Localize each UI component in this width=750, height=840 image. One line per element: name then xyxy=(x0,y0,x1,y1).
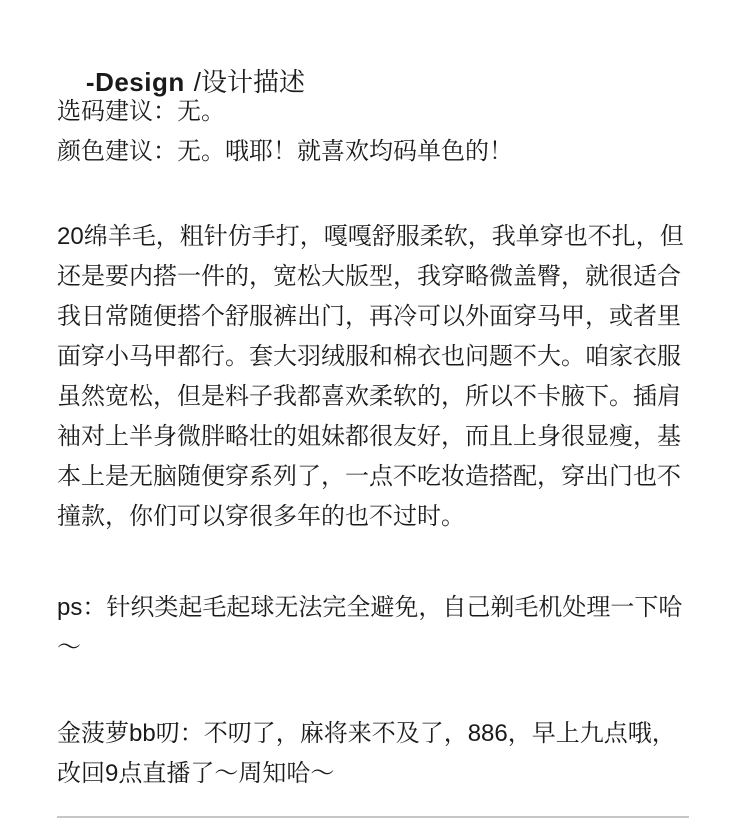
host-announcement-line: 金菠萝bb叨：不叨了，麻将来不及了，886，早上九点哦， xyxy=(57,714,710,754)
description-line: 面穿小马甲都行。套大羽绒服和棉衣也问题不大。咱家衣服 xyxy=(57,337,710,377)
ps-note-line: ps：针织类起毛起球无法完全避免，自己剃毛机处理一下哈 xyxy=(57,588,710,628)
ps-note-line: ～ xyxy=(57,628,710,668)
host-announcement-line: 改回9点直播了～周知哈～ xyxy=(57,754,710,794)
color-advice-line: 颜色建议：无。哦耶！就喜欢均码单色的！ xyxy=(57,132,710,172)
advice-block: 选码建议：无。 颜色建议：无。哦耶！就喜欢均码单色的！ xyxy=(57,92,710,172)
description-line: 20绵羊毛，粗针仿手打，嘎嘎舒服柔软，我单穿也不扎，但 xyxy=(57,217,710,257)
description-line: 虽然宽松，但是料子我都喜欢柔软的，所以不卡腋下。插肩 xyxy=(57,377,710,417)
host-announcement-paragraph: 金菠萝bb叨：不叨了，麻将来不及了，886，早上九点哦， 改回9点直播了～周知哈… xyxy=(57,714,710,794)
ps-note-paragraph: ps：针织类起毛起球无法完全避免，自己剃毛机处理一下哈 ～ xyxy=(57,588,710,668)
bottom-divider xyxy=(57,816,689,818)
size-advice-line: 选码建议：无。 xyxy=(57,92,710,132)
description-line: 袖对上半身微胖略壮的姐妹都很友好，而且上身很显瘦，基 xyxy=(57,417,710,457)
description-line: 撞款，你们可以穿很多年的也不过时。 xyxy=(57,497,710,537)
design-description-page: -Design/设计描述 选码建议：无。 颜色建议：无。哦耶！就喜欢均码单色的！… xyxy=(0,0,750,840)
description-line: 本上是无脑随便穿系列了，一点不吃妆造搭配，穿出门也不 xyxy=(57,457,710,497)
product-description-paragraph: 20绵羊毛，粗针仿手打，嘎嘎舒服柔软，我单穿也不扎，但 还是要内搭一件的，宽松大… xyxy=(57,217,710,537)
description-line: 还是要内搭一件的，宽松大版型，我穿略微盖臀，就很适合 xyxy=(57,257,710,297)
description-line: 我日常随便搭个舒服裤出门，再冷可以外面穿马甲，或者里 xyxy=(57,297,710,337)
